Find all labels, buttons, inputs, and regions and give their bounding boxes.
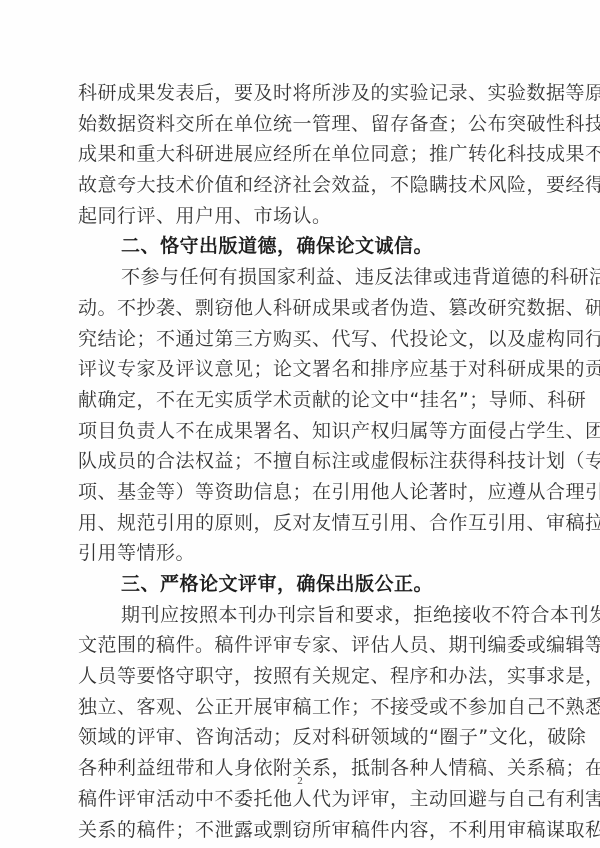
paragraph-line: 成果和重大科研进展应经所在单位同意；推广转化科技成果不 bbox=[78, 139, 514, 170]
paragraph-line: 文范围的稿件。稿件评审专家、评估人员、期刊编委或编辑等 bbox=[78, 630, 514, 661]
paragraph-line: 项、基金等）等资助信息；在引用他人论著时，应遵从合理引 bbox=[78, 477, 514, 508]
page-number: 2 bbox=[290, 775, 310, 787]
paragraph-line: 队成员的合法权益；不擅自标注或虚假标注获得科技计划（专 bbox=[78, 446, 514, 477]
paragraph-line: 动。不抄袭、剽窃他人科研成果或者伪造、篡改研究数据、研 bbox=[78, 293, 514, 324]
paragraph-line: 故意夸大技术价值和经济社会效益，不隐瞒技术风险，要经得 bbox=[78, 170, 514, 201]
paragraph-line: 起同行评、用户用、市场认。 bbox=[78, 201, 514, 232]
paragraph-line: 用、规范引用的原则，反对友情互引用、合作互引用、审稿拉 bbox=[78, 508, 514, 539]
paragraph-line: 科研成果发表后，要及时将所涉及的实验记录、实验数据等原 bbox=[78, 78, 514, 109]
paragraph-line: 关系的稿件；不泄露或剽窃所审稿件内容，不利用审稿谋取私 bbox=[78, 815, 514, 846]
paragraph-line: 期刊应按照本刊办刊宗旨和要求，拒绝接收不符合本刊发 bbox=[78, 600, 514, 631]
body-text: 科研成果发表后，要及时将所涉及的实验记录、实验数据等原 始数据资料交所在单位统一… bbox=[78, 78, 514, 845]
paragraph-line: 独立、客观、公正开展审稿工作；不接受或不参加自己不熟悉 bbox=[78, 692, 514, 723]
section-heading-2: 二、恪守出版道德，确保论文诚信。 bbox=[78, 231, 514, 262]
paragraph-line: 献确定，不在无实质学术贡献的论文中“挂名”；导师、科研 bbox=[78, 385, 514, 416]
paragraph-line: 不参与任何有损国家利益、违反法律或违背道德的科研活 bbox=[78, 262, 514, 293]
paragraph-line: 项目负责人不在成果署名、知识产权归属等方面侵占学生、团 bbox=[78, 416, 514, 447]
paragraph-line: 引用等情形。 bbox=[78, 538, 514, 569]
paragraph-line: 始数据资料交所在单位统一管理、留存备查；公布突破性科技 bbox=[78, 109, 514, 140]
paragraph-line: 人员等要恪守职守，按照有关规定、程序和办法，实事求是， bbox=[78, 661, 514, 692]
document-page: 科研成果发表后，要及时将所涉及的实验记录、实验数据等原 始数据资料交所在单位统一… bbox=[0, 0, 600, 848]
paragraph-line: 稿件评审活动中不委托他人代为评审，主动回避与自己有利害 bbox=[78, 784, 514, 815]
paragraph-line: 究结论；不通过第三方购买、代写、代投论文，以及虚构同行 bbox=[78, 324, 514, 355]
paragraph-line: 领域的评审、咨询活动；反对科研领域的“圈子”文化，破除 bbox=[78, 722, 514, 753]
section-heading-3: 三、严格论文评审，确保出版公正。 bbox=[78, 569, 514, 600]
paragraph-line: 评议专家及评议意见；论文署名和排序应基于对科研成果的贡 bbox=[78, 354, 514, 385]
